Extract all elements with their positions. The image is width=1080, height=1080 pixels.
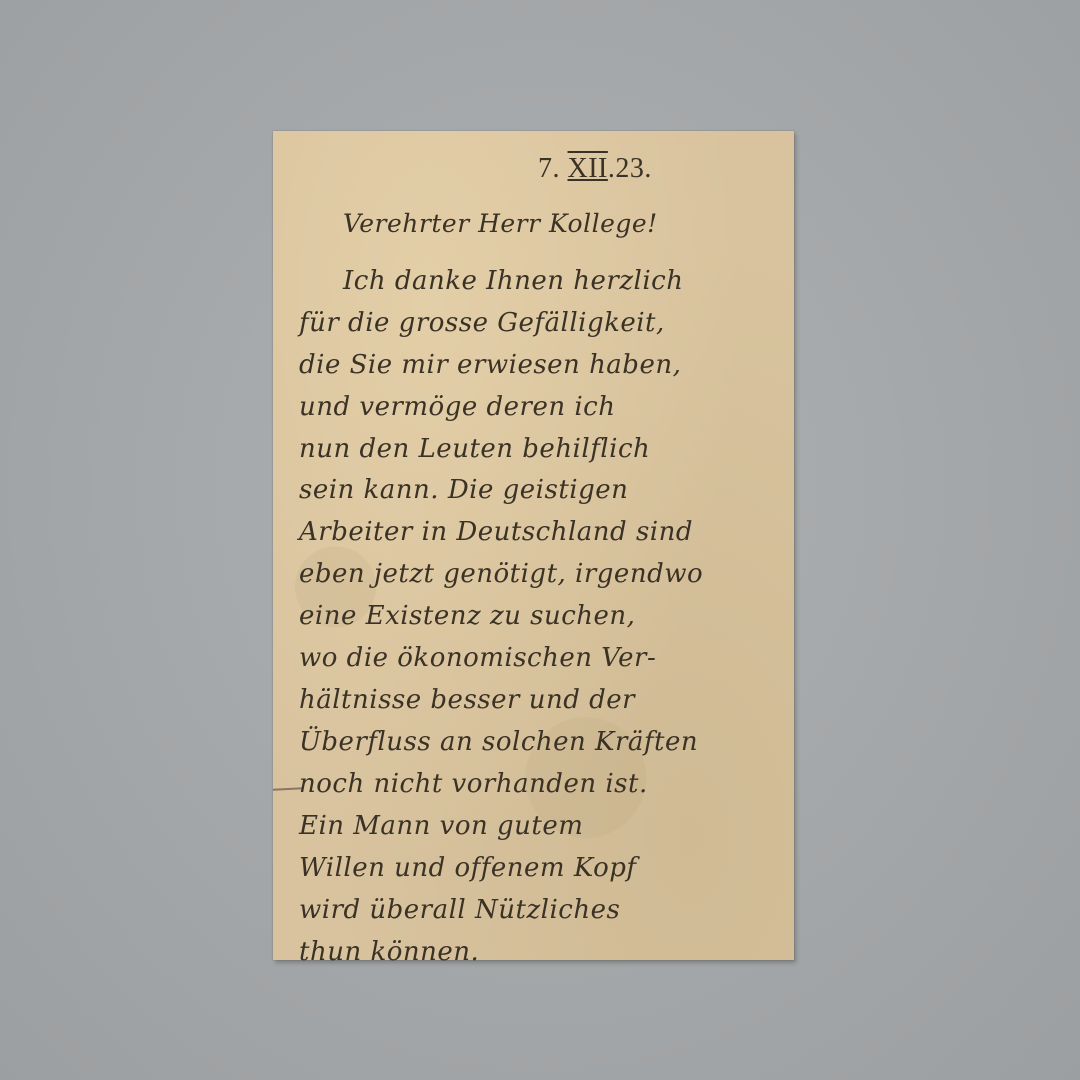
date-day: 7. bbox=[538, 153, 560, 184]
letter-line: Willen und offenem Kopf bbox=[299, 853, 637, 883]
letter-line: thun können. bbox=[299, 937, 479, 967]
letter-line: für die grosse Gefälligkeit, bbox=[299, 308, 665, 338]
letter-line: sein kann. Die geistigen bbox=[299, 475, 628, 505]
letter-line: Arbeiter in Deutschland sind bbox=[299, 517, 693, 547]
letter-line: Überfluss an solchen Kräften bbox=[299, 727, 698, 757]
letter-line: Ein Mann von gutem bbox=[299, 811, 583, 841]
letter-line: die Sie mir erwiesen haben, bbox=[299, 350, 681, 380]
letter-line: hältnisse besser und der bbox=[299, 685, 635, 715]
letter-line: eben jetzt genötigt, irgendwo bbox=[299, 559, 703, 589]
date-year: .23. bbox=[608, 153, 652, 184]
date-month-roman: XII bbox=[568, 153, 608, 184]
postcard: 7. XII.23. Verehrter Herr Kollege! Ich d… bbox=[273, 131, 794, 960]
letter-line: Ich danke Ihnen herzlich bbox=[343, 266, 684, 296]
letter-line: eine Existenz zu suchen, bbox=[299, 601, 635, 631]
letter-line: wo die ökonomischen Ver- bbox=[299, 643, 656, 673]
letter-line: noch nicht vorhanden ist. bbox=[299, 769, 648, 799]
letter-line: nun den Leuten behilflich bbox=[299, 434, 650, 464]
letter-line: wird überall Nützliches bbox=[299, 895, 620, 925]
letter-date: 7. XII.23. bbox=[538, 153, 652, 185]
salutation: Verehrter Herr Kollege! bbox=[343, 209, 658, 238]
letter-line: und vermöge deren ich bbox=[299, 392, 615, 422]
